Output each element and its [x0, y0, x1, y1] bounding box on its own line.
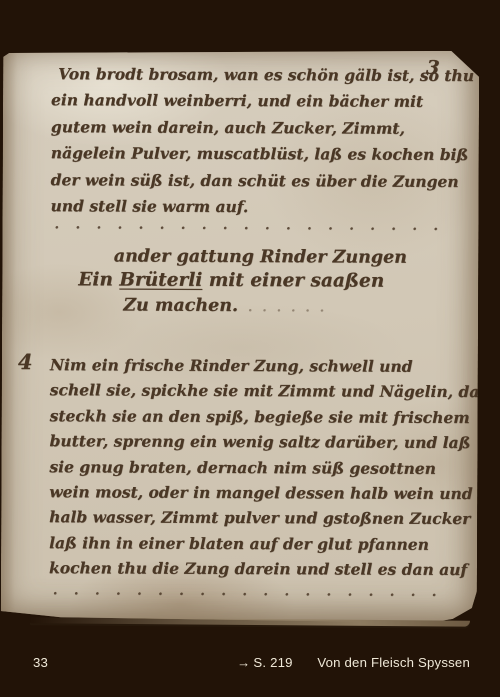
cross-reference-link[interactable]: →S. 219 [237, 655, 293, 670]
print-page-number: 33 [33, 655, 48, 670]
arrow-right-icon: → [237, 655, 253, 670]
manuscript-line: nägelein Pulver, muscatblüst, laß es koc… [51, 140, 461, 168]
paragraph-1: Von brodt brosam, wan es schön gälb ist,… [51, 61, 462, 221]
margin-recipe-number: 4 [18, 349, 33, 374]
manuscript-line: kochen thu die Zung darein und stell es … [49, 555, 459, 582]
manuscript-page: 3 Von brodt brosam, wan es schön gälb is… [1, 49, 479, 623]
heading-text: mit einer saaßen [202, 270, 384, 292]
heading-line-3: Zu machen.. . . . . . [40, 293, 440, 320]
manuscript-line: butter, sprenng ein wenig saltz darüber,… [49, 428, 459, 455]
reference-label: S. 219 [253, 655, 292, 670]
heading-line-2: Ein Brüterli mit einer saaßen [22, 267, 440, 295]
book-viewer-background: 3 Von brodt brosam, wan es schön gälb is… [0, 0, 500, 697]
manuscript-line: laß ihn in einer blaten auf der glut pfa… [49, 530, 459, 557]
recipe-heading: ander gattung Rinder Zungen Ein Brüterli… [40, 245, 440, 320]
dotted-separator: . . . . . . . . . . . . . . . . . . . . … [53, 583, 447, 600]
manuscript-line: steckh sie an den spiß, begieße sie mit … [50, 403, 460, 430]
manuscript-line: Nim ein frische Rinder Zung, schwell und [50, 352, 460, 379]
chapter-title: Von den Fleisch Spyssen [317, 655, 470, 670]
manuscript-line: halb wasser, Zimmt pulver und gstoßnen Z… [49, 505, 459, 532]
manuscript-line: sie gnug braten, dernach nim süß gesottn… [49, 454, 459, 481]
heading-text: Ein [78, 269, 119, 290]
manuscript-line: wein most, oder in mangel dessen halb we… [49, 479, 459, 506]
manuscript-line: schell sie, spickhe sie mit Zimmt und Nä… [50, 378, 460, 405]
underlined-word: Brüterli [119, 269, 202, 290]
trailing-dots: . . . . . . [238, 300, 327, 314]
paragraph-2: Nim ein frische Rinder Zung, schwell und… [49, 352, 460, 582]
manuscript-line: gutem wein darein, auch Zucker, Zimmt, [51, 114, 461, 142]
manuscript-line: ein handvoll weinberri, und ein bächer m… [51, 88, 461, 116]
dotted-separator: . . . . . . . . . . . . . . . . . . . . … [54, 217, 448, 234]
manuscript-line: Von brodt brosam, wan es schön gälb ist,… [51, 61, 461, 89]
manuscript-line: der wein süß ist, dan schüt es über die … [51, 167, 461, 195]
print-footer: 33 →S. 219 Von den Fleisch Spyssen [0, 655, 500, 675]
heading-text: Zu machen. [123, 295, 238, 316]
heading-line-1: ander gattung Rinder Zungen [40, 245, 440, 269]
